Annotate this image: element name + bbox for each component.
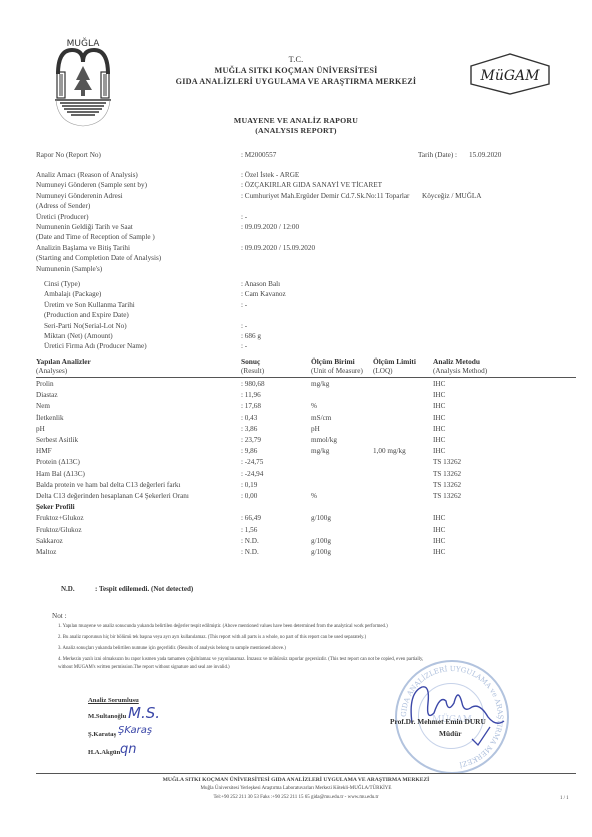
- footer-address: Muğla Üniversitesi Yerleşkesi Araştırma …: [0, 786, 592, 791]
- analysis-unit: mg/kg: [311, 447, 329, 455]
- analysis-name: Maltoz: [36, 548, 56, 556]
- report-no-label: Rapor No (Report No): [36, 151, 101, 159]
- note-item: 1. Yapılan muayene ve analiz sonucunda y…: [58, 624, 388, 629]
- signature-1: M.S.: [128, 704, 160, 722]
- sample-label: Ambalajı (Package): [44, 290, 101, 298]
- footer-rule: [36, 773, 576, 774]
- note-item: without MUGAM's written permission.The r…: [58, 665, 230, 670]
- info-label: Analiz Amacı (Reason of Analysis): [36, 171, 138, 179]
- analysis-name: Fruktoz/Glukoz: [36, 526, 82, 534]
- date-label: Tarih (Date) :: [418, 151, 457, 159]
- info-label: Numunenin Geldiği Tarih ve Saat: [36, 223, 133, 231]
- info-label: Analizin Başlama ve Bitiş Tarihi: [36, 244, 130, 252]
- signer-name-3: H.A.Akgün: [88, 749, 120, 756]
- date-value: 15.09.2020: [469, 151, 501, 159]
- analysis-method: IHC: [433, 514, 445, 522]
- analysis-unit: g/100g: [311, 537, 331, 545]
- signature-3: qn: [120, 742, 137, 757]
- section-heading: Şeker Profili: [36, 503, 75, 511]
- analysis-unit: g/100g: [311, 514, 331, 522]
- analysis-result: : 11,96: [241, 391, 261, 399]
- sample-value: : Anason Balı: [241, 280, 280, 288]
- analysis-name: pH: [36, 425, 45, 433]
- sample-label: Üretici Firma Adı (Producer Name): [44, 342, 147, 350]
- analysis-name: Serbest Asitlik: [36, 436, 78, 444]
- column-header: Analiz Metodu: [433, 357, 480, 366]
- column-header-en: (Unit of Measure): [311, 367, 363, 375]
- info-label: Numuneyi Gönderenin Adresi: [36, 192, 123, 200]
- info-value: : Cumhuriyet Mah.Ergüder Demir Cd.7.Sk.N…: [241, 192, 409, 200]
- nd-definition: : Tespit edilemedi. (Not detected): [95, 585, 193, 593]
- analysis-result: : 9,86: [241, 447, 257, 455]
- analysis-result: : 17,68: [241, 402, 261, 410]
- sample-value: : Cam Kavanoz: [241, 290, 286, 298]
- analysis-method: IHC: [433, 402, 445, 410]
- signature-2: ŞKaraş: [118, 725, 152, 736]
- director-title: Müdür: [439, 729, 462, 738]
- analysis-method: TS 13262: [433, 492, 461, 500]
- analysis-method: IHC: [433, 391, 445, 399]
- header-tc: T.C.: [0, 55, 592, 64]
- notes-title: Not :: [52, 612, 67, 620]
- analysis-loq: 1,00 mg/kg: [373, 447, 406, 455]
- signer-name-2: Ş.Karataş: [88, 731, 116, 738]
- analysis-method: IHC: [433, 537, 445, 545]
- analysis-name: HMF: [36, 447, 52, 455]
- analysis-name: Protein (Δ13C): [36, 458, 80, 466]
- analysis-unit: pH: [311, 425, 320, 433]
- analysis-unit: mg/kg: [311, 380, 329, 388]
- analysis-method: IHC: [433, 447, 445, 455]
- analysis-unit: %: [311, 402, 317, 410]
- analysis-unit: %: [311, 492, 317, 500]
- column-header: Ölçüm Limiti: [373, 357, 416, 366]
- analysis-unit: g/100g: [311, 548, 331, 556]
- sample-label: (Production and Expire Date): [44, 311, 129, 319]
- analysis-result: : 0,19: [241, 481, 257, 489]
- analysis-name: Nem: [36, 402, 50, 410]
- info-label: (Date and Time of Reception of Sample ): [36, 233, 155, 241]
- sample-label: Üretim ve Son Kullanma Tarihi: [44, 301, 135, 309]
- column-header-en: (Result): [241, 367, 264, 375]
- analysis-method: IHC: [433, 436, 445, 444]
- info-label: (Adress of Sender): [36, 202, 90, 210]
- analysis-result: : N.D.: [241, 548, 259, 556]
- report-no-value: : M2000557: [241, 151, 276, 159]
- analysis-result: : 23,79: [241, 436, 261, 444]
- analysis-result: : -24,94: [241, 470, 263, 478]
- svg-text:MUĞLA: MUĞLA: [67, 37, 101, 49]
- analysis-result: : 0,00: [241, 492, 257, 500]
- table-header-rule: [36, 377, 576, 378]
- analysis-method: IHC: [433, 548, 445, 556]
- analysis-name: İletkenlik: [36, 414, 64, 422]
- analysis-result: : 1,56: [241, 526, 257, 534]
- analysis-method: TS 13262: [433, 458, 461, 466]
- header-center: GIDA ANALİZLERİ UYGULAMA VE ARAŞTIRMA ME…: [0, 77, 592, 86]
- info-label: (Starting and Completion Date of Analysi…: [36, 254, 161, 262]
- analysis-result: : -24,75: [241, 458, 263, 466]
- analysis-result: : 3,86: [241, 425, 257, 433]
- director-signature-icon: [400, 673, 510, 753]
- analysis-unit: mS/cm: [311, 414, 331, 422]
- analysis-result: : 0,43: [241, 414, 257, 422]
- report-title: MUAYENE VE ANALİZ RAPORU: [0, 116, 592, 125]
- analysis-unit: mmol/kg: [311, 436, 337, 444]
- column-header: Yapılan Analizler: [36, 357, 91, 366]
- info-value: : 09.09.2020 / 15.09.2020: [241, 244, 315, 252]
- sample-value: : -: [241, 342, 247, 350]
- header-university: MUĞLA SITKI KOÇMAN ÜNİVERSİTESİ: [0, 66, 592, 75]
- analysis-result: : N.D.: [241, 537, 259, 545]
- sample-value: : -: [241, 322, 247, 330]
- analysis-result: : 66,49: [241, 514, 261, 522]
- info-value: : Özel İstek - ARGE: [241, 171, 299, 179]
- note-item: 3. Analiz sonuçları yukarıda belirtilen …: [58, 646, 286, 651]
- analysis-method: IHC: [433, 380, 445, 388]
- analysis-name: Sakkaroz: [36, 537, 63, 545]
- column-header: Ölçüm Birimi: [311, 357, 355, 366]
- info-label: Numunenin (Sample's): [36, 265, 102, 273]
- sample-value: : 686 g: [241, 332, 261, 340]
- analysis-method: IHC: [433, 526, 445, 534]
- info-label: Üretici (Producer): [36, 213, 89, 221]
- director-name: Prof.Dr. Mehmet Emin DURU: [390, 717, 486, 726]
- sample-value: : -: [241, 301, 247, 309]
- responsible-title: Analiz Sorumlusu: [88, 697, 139, 704]
- analysis-name: Ham Bal (Δ13C): [36, 470, 85, 478]
- footer-contact: Tel:+90 252 211 30 53 Faks :+90 252 211 …: [0, 795, 592, 800]
- info-value: : ÖZÇAKIRLAR GIDA SANAYİ VE TİCARET: [241, 181, 382, 189]
- analysis-result: : 980,68: [241, 380, 265, 388]
- analysis-name: Fruktoz+Glukoz: [36, 514, 84, 522]
- nd-abbr: N.D.: [61, 585, 75, 593]
- sample-label: Cinsi (Type): [44, 280, 80, 288]
- footer-center-name: MUĞLA SITKI KOÇMAN ÜNİVERSİTESİ GIDA ANA…: [0, 777, 592, 783]
- signer-name-1: M.Sultanoğlu: [88, 713, 126, 720]
- page-number: 1 / 1: [560, 796, 569, 801]
- analysis-name: Balda protein ve ham bal delta C13 değer…: [36, 481, 181, 489]
- analysis-method: TS 13262: [433, 481, 461, 489]
- analysis-name: Diastaz: [36, 391, 58, 399]
- column-header: Sonuç: [241, 357, 260, 366]
- analysis-name: Prolin: [36, 380, 54, 388]
- report-subtitle: (ANALYSIS REPORT): [0, 126, 592, 135]
- analysis-name: Delta C13 değerinden hesaplanan C4 Şeker…: [36, 492, 189, 500]
- info-value-extra: Köyceğiz / MUĞLA: [422, 192, 481, 200]
- sample-label: Miktarı (Net) (Amount): [44, 332, 113, 340]
- column-header-en: (Analysis Method): [433, 367, 487, 375]
- note-item: 2. Bu analiz raporunun hiç bir bölümü te…: [58, 635, 366, 640]
- sample-label: Seri-Parti No(Serial-Lot No): [44, 322, 127, 330]
- info-label: Numuneyi Gönderen (Sample sent by): [36, 181, 147, 189]
- column-header-en: (Analyses): [36, 367, 67, 375]
- info-value: : 09.09.2020 / 12:00: [241, 223, 299, 231]
- column-header-en: (LOQ): [373, 367, 393, 375]
- info-value: : -: [241, 213, 247, 221]
- analysis-method: TS 13262: [433, 470, 461, 478]
- analysis-method: IHC: [433, 414, 445, 422]
- note-item: 4. Merkezin yazılı izni olmaksızın bu ra…: [58, 657, 423, 662]
- analysis-method: IHC: [433, 425, 445, 433]
